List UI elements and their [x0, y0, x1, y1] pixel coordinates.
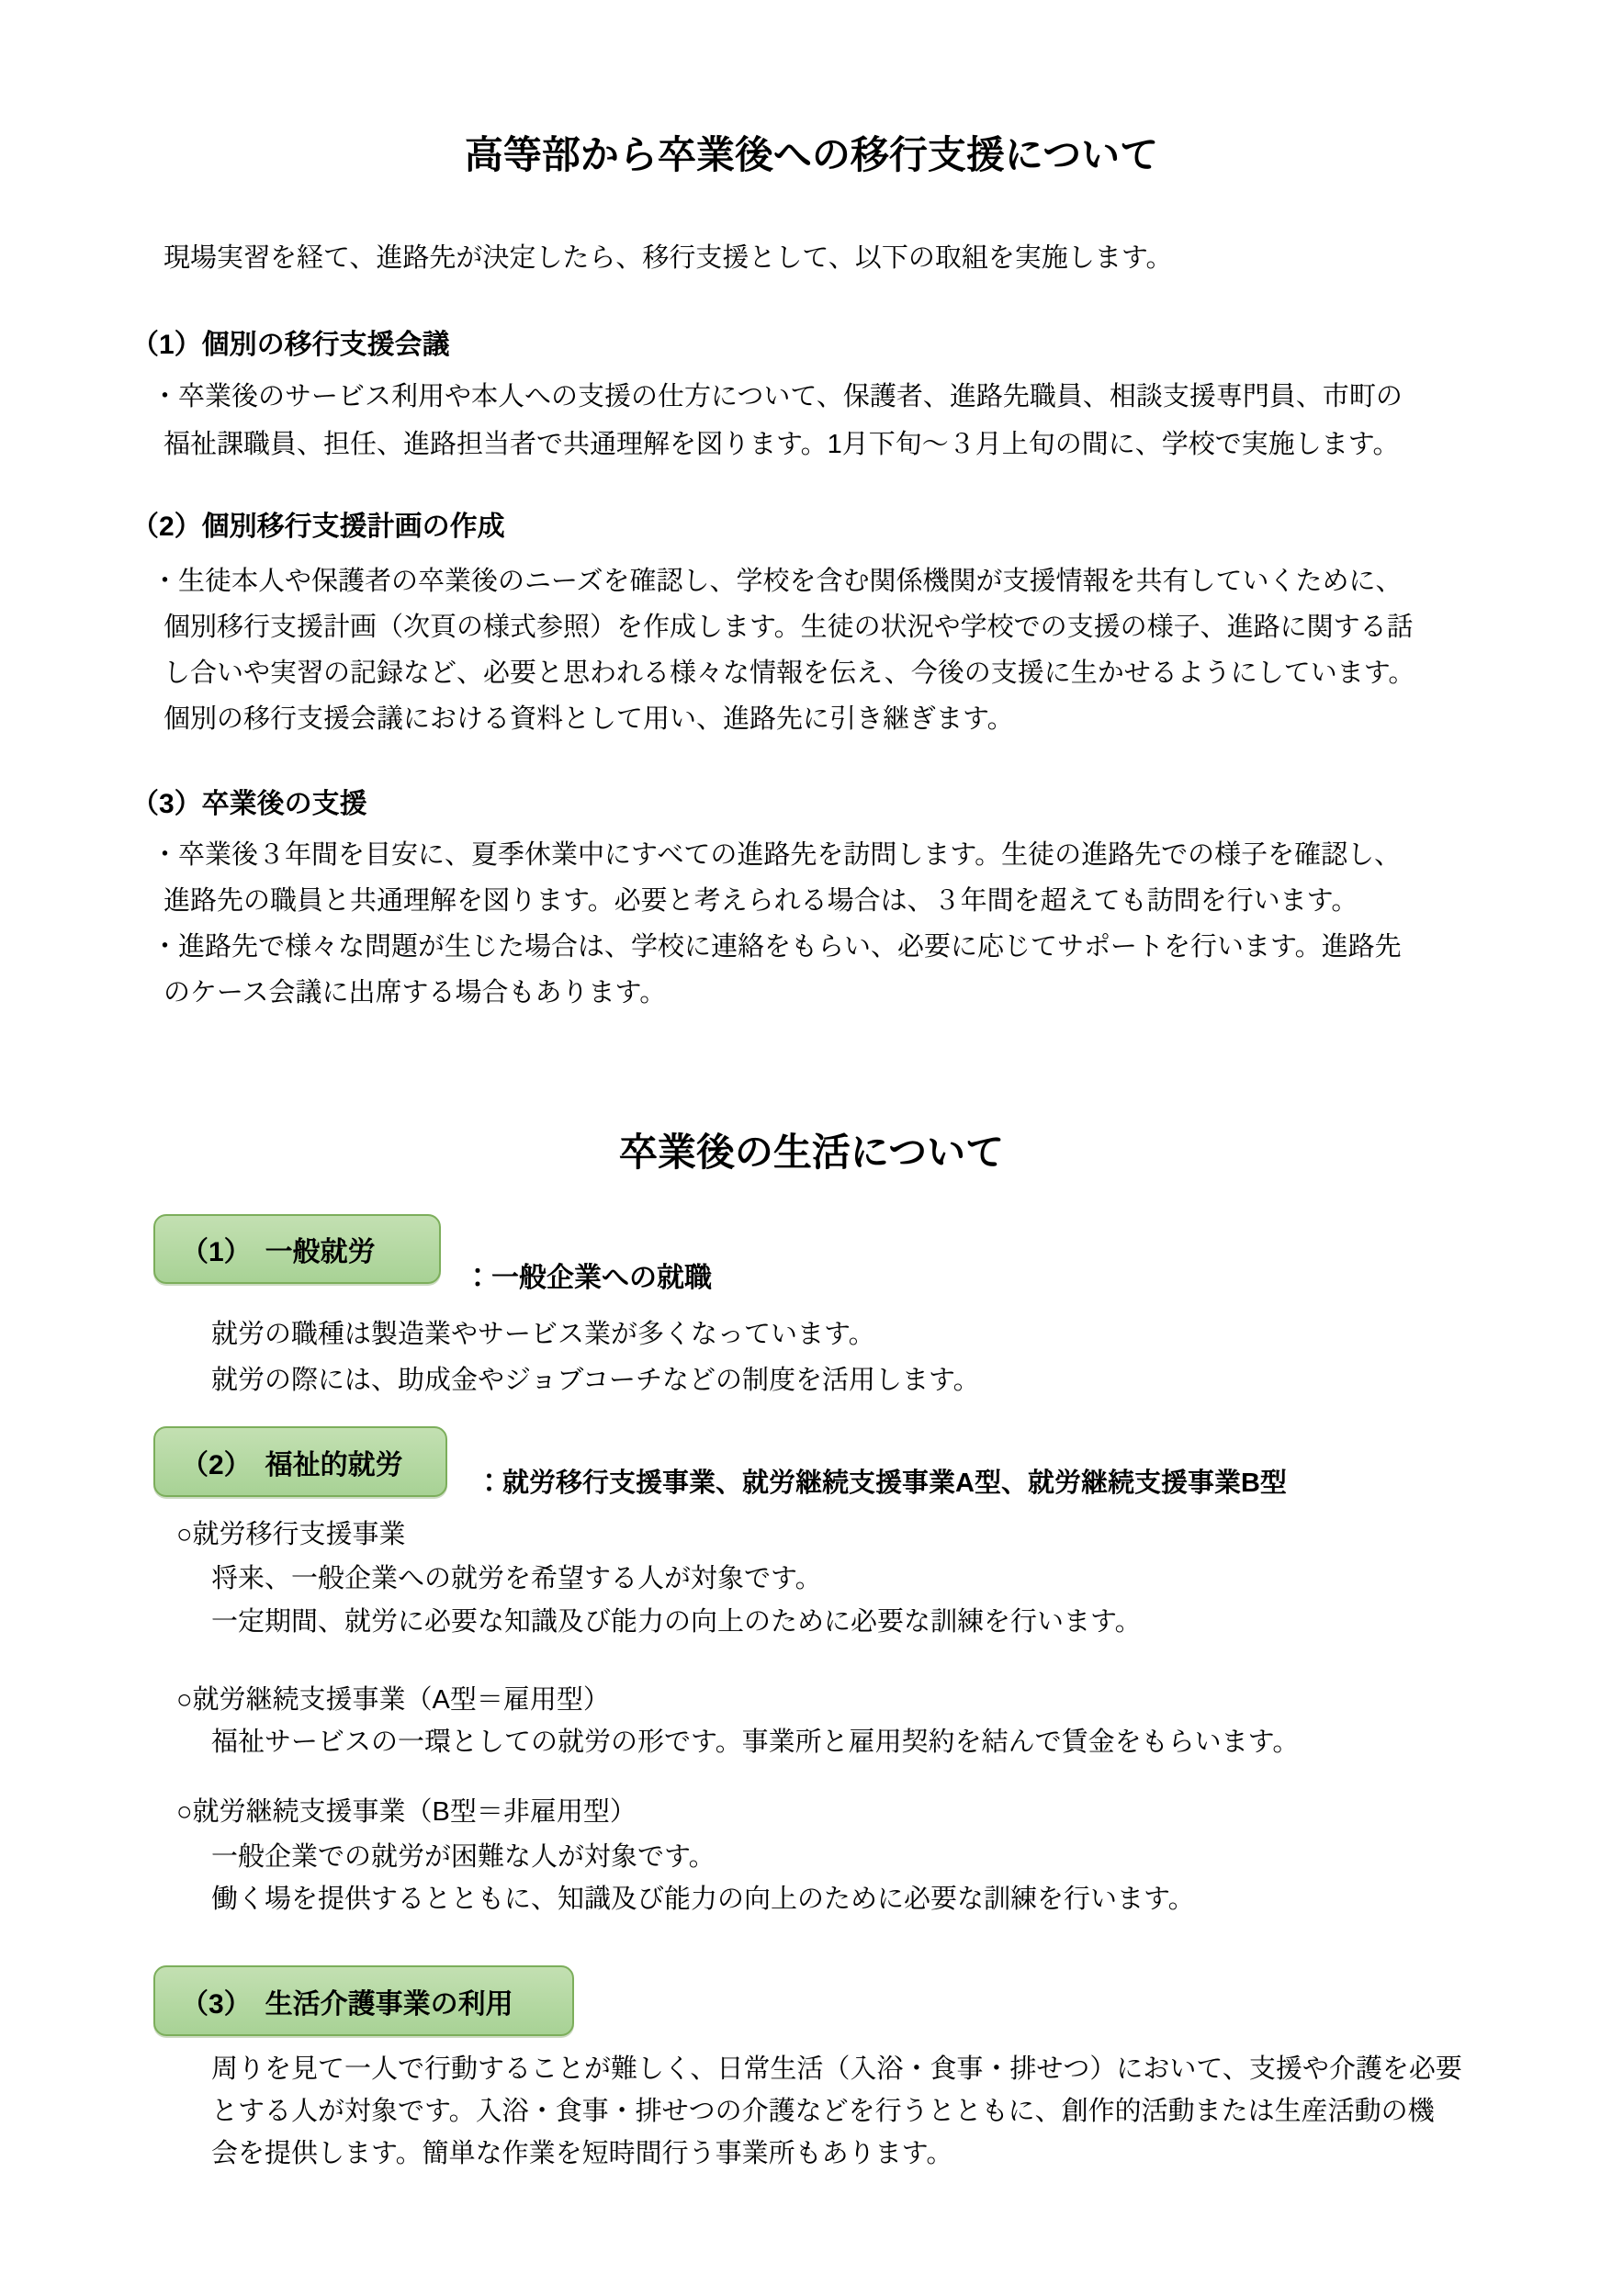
- section-line: ・卒業後のサービス利用や本人への支援の仕方について、保護者、進路先職員、相談支援…: [152, 373, 1403, 421]
- service-group-1-body: 将来、一般企業への就労を希望する人が対象です。 一定期間、就労に必要な知識及び能…: [211, 1558, 1142, 1644]
- service-group-3-title: ○就労継続支援事業（B型＝非雇用型）: [176, 1791, 637, 1829]
- section-2-heading: （2）個別移行支援計画の作成: [131, 507, 1414, 547]
- life-subtitle-2: ：就労移行支援事業、就労継続支援事業A型、就労継続支援事業B型: [476, 1462, 1287, 1500]
- intro-text: 現場実習を経て、進路先が決定したら、移行支援として、以下の取組を実施します。: [163, 237, 1173, 275]
- body-line: 一般企業での就労が困難な人が対象です。: [211, 1836, 1195, 1878]
- body-line: 周りを見て一人で行動することが難しく、日常生活（入浴・食事・排せつ）において、支…: [211, 2048, 1462, 2090]
- section-line: のケース会議に出席する場合もあります。: [152, 970, 1402, 1016]
- service-group-2-title: ○就労継続支援事業（A型＝雇用型）: [176, 1679, 610, 1716]
- section-line: 福祉課職員、担任、進路担当者で共通理解を図ります。1月下旬～３月上旬の間に、学校…: [152, 421, 1403, 468]
- section-line: 個別移行支援計画（次頁の様式参照）を作成します。生徒の状況や学校での支援の様子、…: [152, 604, 1414, 650]
- body-line: 就労の際には、助成金やジョブコーチなどの制度を活用します。: [211, 1357, 980, 1403]
- life-badge-2: （2） 福祉的就労: [153, 1426, 447, 1497]
- service-group-3-body: 一般企業での就労が困難な人が対象です。 働く場を提供するとともに、知識及び能力の…: [211, 1836, 1195, 1920]
- section-line: 個別の移行支援会議における資料として用い、進路先に引き継ぎます。: [152, 696, 1414, 742]
- section-line: し合いや実習の記録など、必要と思われる様々な情報を伝え、今後の支援に生かせるよう…: [152, 650, 1414, 696]
- body-line: 将来、一般企業への就労を希望する人が対象です。: [211, 1558, 1142, 1601]
- section-3-heading: （3）卒業後の支援: [131, 784, 1402, 825]
- life-subtitle-1: ：一般企業への就職: [464, 1255, 712, 1295]
- section-1: （1）個別の移行支援会議 ・卒業後のサービス利用や本人への支援の仕方について、保…: [131, 325, 1403, 468]
- section-2-body: ・生徒本人や保護者の卒業後のニーズを確認し、学校を含む関係機関が支援情報を共有し…: [152, 558, 1414, 742]
- life-badge-3-label: （3） 生活介護事業の利用: [181, 1981, 513, 2021]
- body-line: 会を提供します。簡単な作業を短時間行う事業所もあります。: [211, 2133, 1462, 2175]
- service-group-1-title: ○就労移行支援事業: [176, 1514, 406, 1551]
- life-section-title: 卒業後の生活について: [0, 1122, 1623, 1177]
- life-badge-3: （3） 生活介護事業の利用: [153, 1965, 574, 2036]
- section-2: （2）個別移行支援計画の作成 ・生徒本人や保護者の卒業後のニーズを確認し、学校を…: [131, 507, 1414, 742]
- section-line: ・卒業後３年間を目安に、夏季休業中にすべての進路先を訪問します。生徒の進路先での…: [152, 832, 1402, 878]
- service-group-2-body: 福祉サービスの一環としての就労の形です。事業所と雇用契約を結んで賃金をもらいます…: [211, 1721, 1299, 1764]
- life-body-3: 周りを見て一人で行動することが難しく、日常生活（入浴・食事・排せつ）において、支…: [211, 2048, 1462, 2175]
- life-badge-1-label: （1） 一般就労: [181, 1229, 376, 1269]
- body-line: 一定期間、就労に必要な知識及び能力の向上のために必要な訓練を行います。: [211, 1601, 1142, 1644]
- section-3-body: ・卒業後３年間を目安に、夏季休業中にすべての進路先を訪問します。生徒の進路先での…: [152, 832, 1402, 1016]
- section-3: （3）卒業後の支援 ・卒業後３年間を目安に、夏季休業中にすべての進路先を訪問しま…: [131, 784, 1402, 1016]
- body-line: 就労の職種は製造業やサービス業が多くなっています。: [211, 1311, 980, 1357]
- life-badge-1: （1） 一般就労: [153, 1214, 441, 1284]
- section-line: ・生徒本人や保護者の卒業後のニーズを確認し、学校を含む関係機関が支援情報を共有し…: [152, 558, 1414, 604]
- life-badge-2-label: （2） 福祉的就労: [181, 1442, 403, 1482]
- section-line: ・進路先で様々な問題が生じた場合は、学校に連絡をもらい、必要に応じてサポートを行…: [152, 924, 1402, 970]
- section-1-heading: （1）個別の移行支援会議: [131, 325, 1403, 366]
- body-line: 働く場を提供するとともに、知識及び能力の向上のために必要な訓練を行います。: [211, 1878, 1195, 1920]
- section-1-body: ・卒業後のサービス利用や本人への支援の仕方について、保護者、進路先職員、相談支援…: [152, 373, 1403, 468]
- body-line: とする人が対象です。入浴・食事・排せつの介護などを行うとともに、創作的活動または…: [211, 2090, 1462, 2133]
- life-body-1: 就労の職種は製造業やサービス業が多くなっています。 就労の際には、助成金やジョブ…: [211, 1311, 980, 1403]
- body-line: 福祉サービスの一環としての就労の形です。事業所と雇用契約を結んで賃金をもらいます…: [211, 1721, 1299, 1764]
- page-title: 高等部から卒業後への移行支援について: [0, 125, 1623, 180]
- section-line: 進路先の職員と共通理解を図ります。必要と考えられる場合は、３年間を超えても訪問を…: [152, 878, 1402, 924]
- document-page: { "colors": { "badge_fill_top": "#c3e0b2…: [0, 0, 1623, 2296]
